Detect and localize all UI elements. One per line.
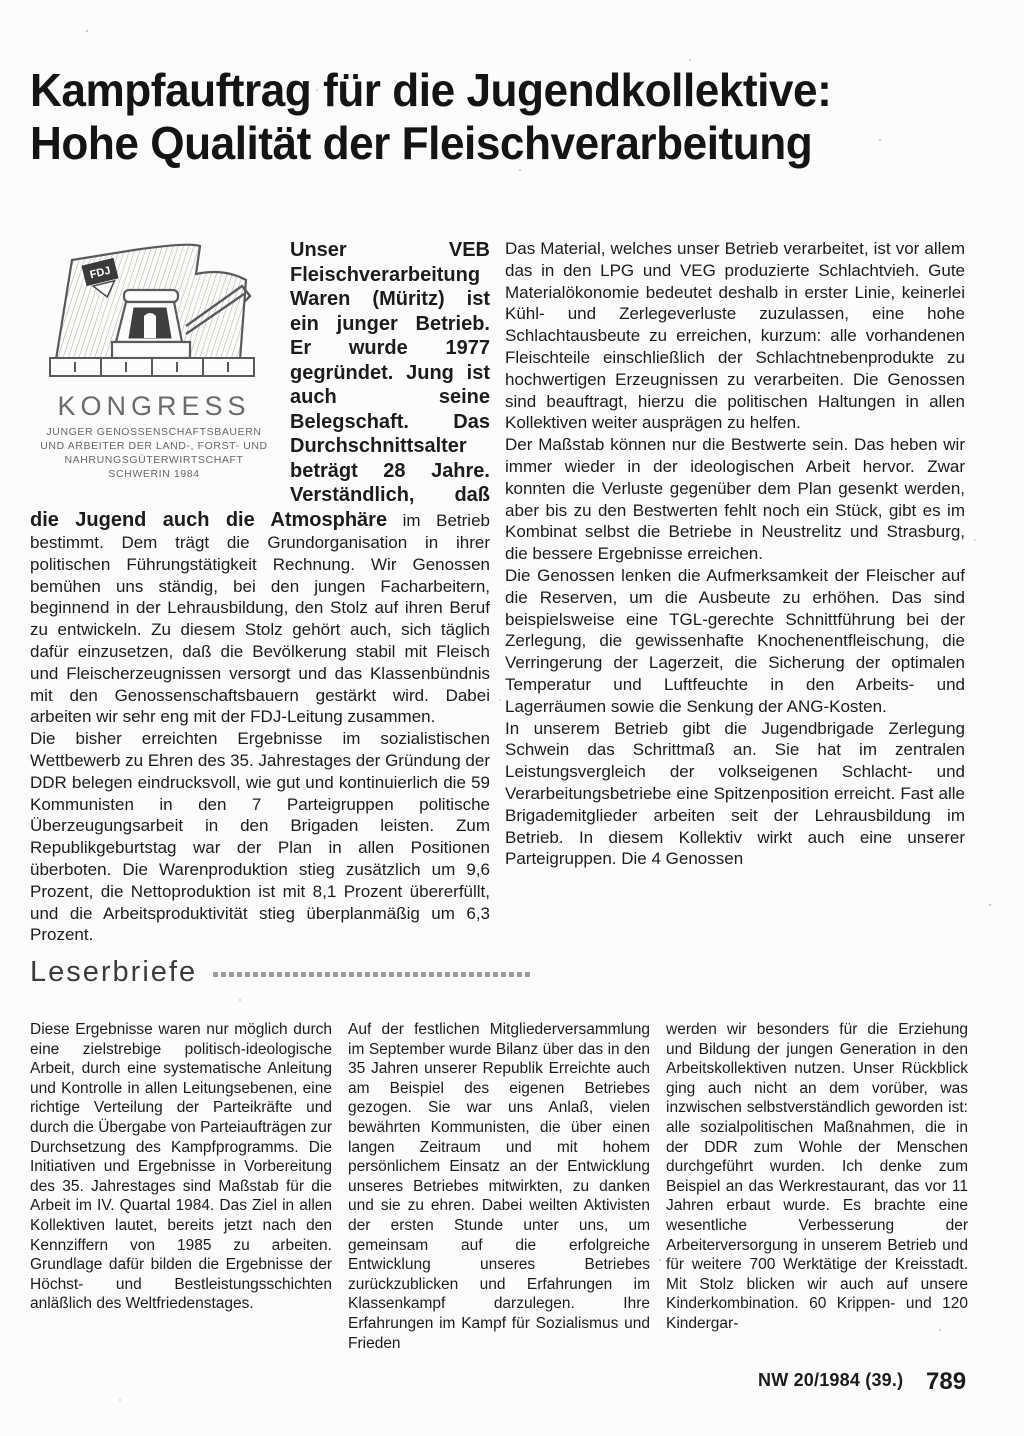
page-number: 789: [926, 1368, 966, 1396]
grain-blocks-icon: [50, 358, 254, 376]
letters-column-1: Diese Ergebnisse waren nur möglich durch…: [30, 1020, 332, 1353]
kongress-caption-line-1: JUNGER GENOSSENSCHAFTSBAUERN: [30, 425, 278, 439]
kongress-wordmark: KONGRESS: [30, 392, 278, 422]
page-title-line-2: Hohe Qualität der Fleischverarbeitung: [30, 117, 946, 170]
page-title: Kampfauftrag für die Jugendkollektive: H…: [30, 64, 946, 171]
leserbriefe-section-header: Leserbriefe: [30, 956, 965, 989]
article-body: FDJ: [30, 238, 965, 946]
article-right-column: Das Material, welches unser Betrieb vera…: [505, 238, 965, 946]
leserbriefe-heading: Leserbriefe: [30, 956, 197, 989]
article-left-column: FDJ: [30, 238, 490, 946]
article-paragraph: Der Maßstab können nur die Bestwerte sei…: [505, 434, 965, 565]
article-paragraph: Die bisher erreichten Ergebnisse im sozi…: [30, 728, 490, 946]
article-opening-paragraph: FDJ: [30, 238, 490, 728]
decorative-rule: [213, 972, 533, 977]
combine-harvester-illustration: FDJ: [38, 240, 270, 390]
kongress-logo: FDJ: [30, 240, 278, 481]
kongress-caption-line-2: UND ARBEITER DER LAND-, FORST- UND: [30, 439, 278, 453]
masthead: Kampfauftrag für die Jugendkollektive: H…: [30, 64, 984, 171]
kongress-caption-line-4: SCHWERIN 1984: [30, 467, 278, 481]
scanned-magazine-page: Kampfauftrag für die Jugendkollektive: H…: [0, 0, 1024, 1436]
letters-column-2: Auf der festlichen Mitgliederversammlung…: [348, 1020, 650, 1353]
journal-reference: NW 20/1984 (39.): [758, 1370, 903, 1391]
kongress-caption-line-3: NAHRUNGSGÜTERWIRTSCHAFT: [30, 453, 278, 467]
letters-column-3: werden wir besonders für die Erziehung u…: [666, 1020, 968, 1353]
article-paragraph: Das Material, welches unser Betrieb vera…: [505, 238, 965, 434]
page-footer: NW 20/1984 (39.) 789: [0, 1368, 1024, 1398]
kongress-caption: JUNGER GENOSSENSCHAFTSBAUERN UND ARBEITE…: [30, 425, 278, 481]
article-paragraph: In unserem Betrieb gibt die Jugendbrigad…: [505, 718, 965, 871]
article-paragraph: Die Genossen lenken die Aufmerksamkeit d…: [505, 565, 965, 718]
page-title-line-1: Kampfauftrag für die Jugendkollektive:: [30, 64, 946, 117]
leserbriefe-columns: Diese Ergebnisse waren nur möglich durch…: [30, 1020, 975, 1353]
article-lead-continuation: im Betrieb bestimmt. Dem trägt die Grund…: [30, 511, 490, 727]
